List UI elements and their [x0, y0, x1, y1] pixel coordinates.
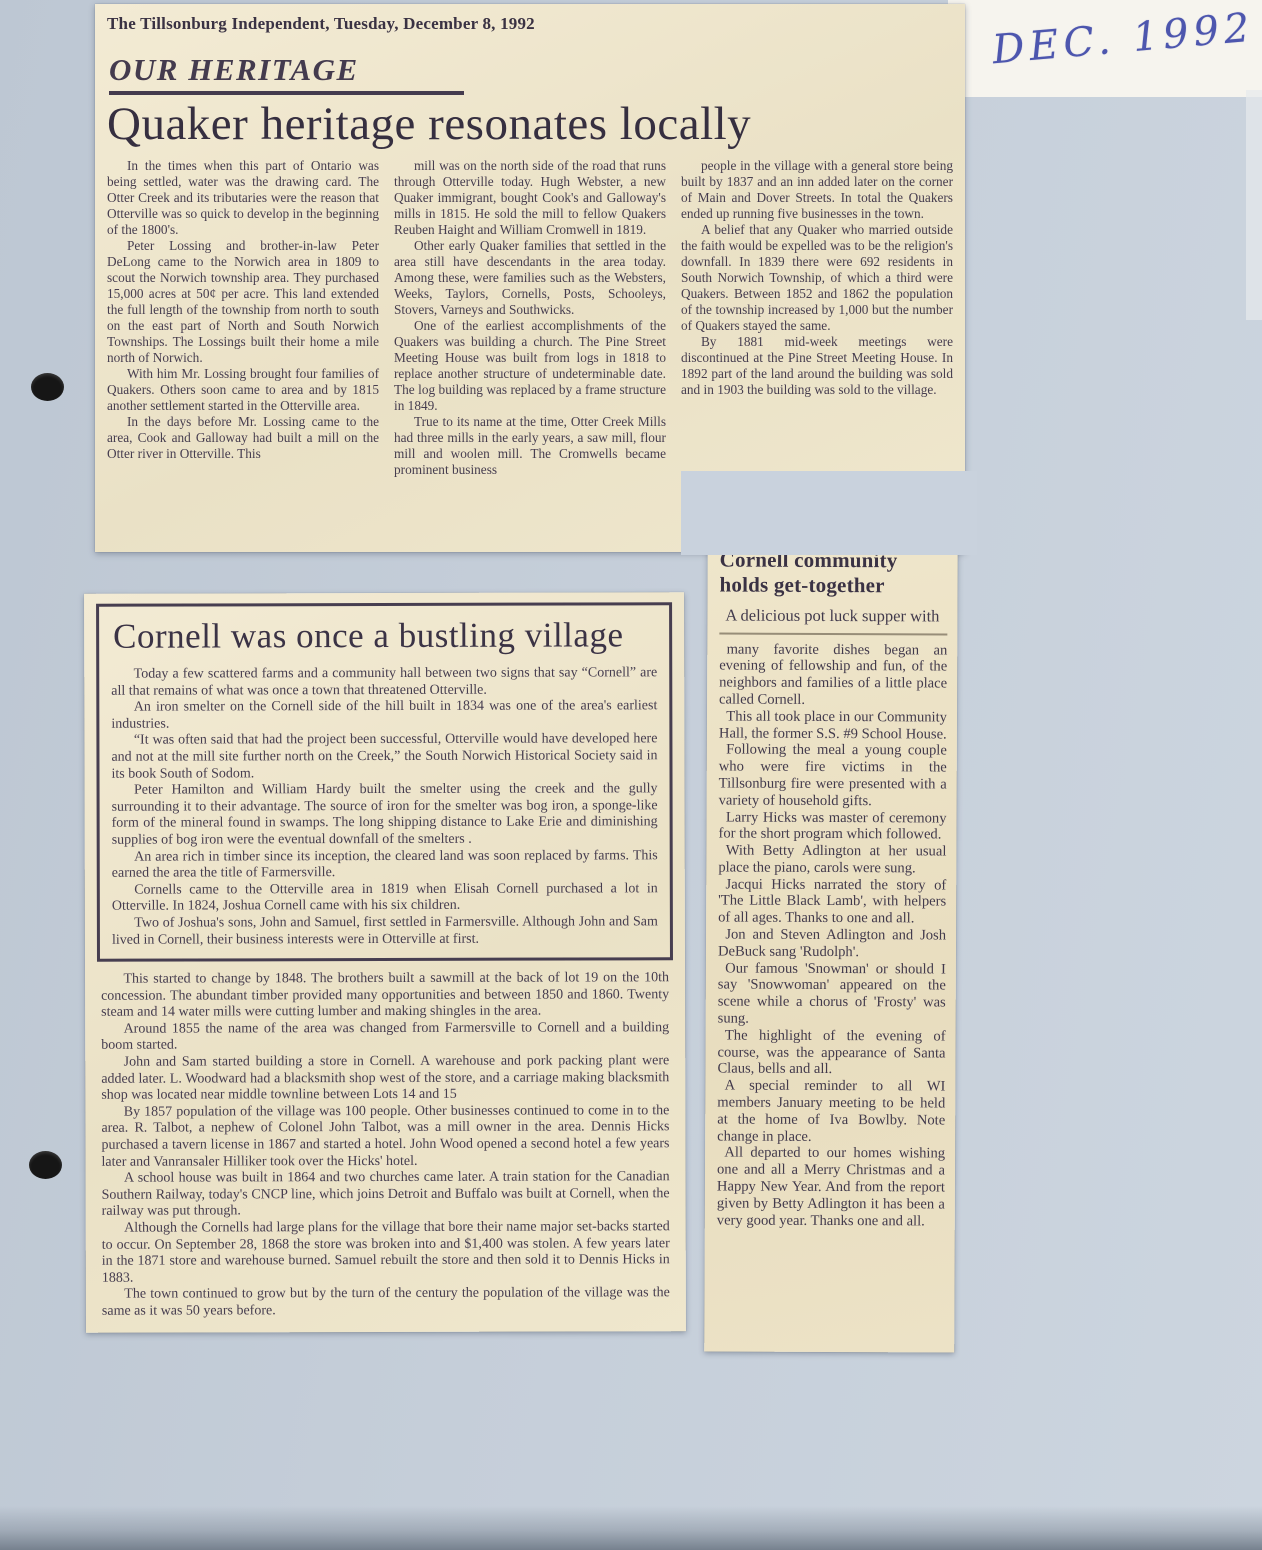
- paragraph: In the days before Mr. Lossing came to t…: [107, 414, 379, 462]
- paragraph: One of the earliest accomplishments of t…: [394, 318, 666, 414]
- paragraph: A belief that any Quaker who married out…: [681, 222, 953, 334]
- paragraph: With Betty Adlington at her usual place …: [718, 843, 946, 878]
- paragraph: Cornells came to the Otterville area in …: [112, 881, 658, 916]
- paragraph: Peter Hamilton and William Hardy built t…: [112, 781, 658, 849]
- hole-punch-bottom: [29, 1151, 62, 1179]
- paragraph: A school house was built in 1864 and two…: [102, 1169, 670, 1220]
- scan-bottom-edge: [0, 1506, 1262, 1550]
- article-column-1: In the times when this part of Ontario w…: [107, 158, 379, 478]
- paragraph: John and Sam started building a store in…: [101, 1053, 669, 1104]
- article-column-3: people in the village with a general sto…: [681, 158, 953, 478]
- community-article-headline: Cornell community holds get-together: [720, 548, 948, 599]
- scrapbook-page: The Tillsonburg Independent, Tuesday, De…: [0, 0, 1262, 1550]
- page-background-patch: [681, 471, 977, 555]
- page-edge-strip: [1246, 90, 1262, 320]
- paragraph: Although the Cornells had large plans fo…: [102, 1219, 670, 1287]
- boxed-article-section: Cornell was once a bustling village Toda…: [96, 602, 673, 962]
- paragraph: This started to change by 1848. The brot…: [101, 970, 669, 1021]
- paragraph: A special reminder to all WI members Jan…: [717, 1078, 945, 1146]
- paragraph: All departed to our homes wishing one an…: [717, 1145, 945, 1230]
- paragraph: Jon and Steven Adlington and Josh DeBuck…: [718, 927, 946, 962]
- newspaper-masthead: The Tillsonburg Independent, Tuesday, De…: [107, 14, 955, 34]
- paragraph: Two of Joshua's sons, John and Samuel, f…: [112, 914, 658, 949]
- community-article-body: many favorite dishes began an evening of…: [717, 641, 948, 1230]
- clipping-quaker-article: The Tillsonburg Independent, Tuesday, De…: [95, 4, 965, 552]
- community-article-subhead: A delicious pot luck supper with: [719, 605, 947, 635]
- paragraph: By 1857 population of the village was 10…: [101, 1103, 669, 1171]
- clipping-cornell-article: Cornell was once a bustling village Toda…: [84, 592, 686, 1332]
- article-columns: In the times when this part of Ontario w…: [105, 158, 955, 478]
- paragraph: “It was often said that had the project …: [111, 732, 657, 783]
- paragraph: Jacqui Hicks narrated the story of 'The …: [718, 876, 946, 927]
- paragraph: many favorite dishes began an evening of…: [719, 641, 947, 709]
- article-headline: Quaker heritage resonates locally: [107, 100, 955, 149]
- paragraph: mill was on the north side of the road t…: [394, 158, 666, 238]
- paragraph: By 1881 mid-week meetings were discontin…: [681, 334, 953, 398]
- paragraph: In the times when this part of Ontario w…: [107, 158, 379, 238]
- paragraph: An area rich in timber since its incepti…: [112, 848, 658, 883]
- clipping-community-article: Cornell community holds get-together A d…: [704, 537, 958, 1352]
- paragraph: This all took place in our Community Hal…: [719, 708, 947, 743]
- paragraph: people in the village with a general sto…: [681, 158, 953, 222]
- paragraph: Today a few scattered farms and a commun…: [111, 665, 657, 700]
- paragraph: Peter Lossing and brother-in-law Peter D…: [107, 238, 379, 366]
- article-column-2: mill was on the north side of the road t…: [394, 158, 666, 478]
- paragraph: Larry Hicks was master of ceremony for t…: [718, 809, 946, 844]
- paragraph: With him Mr. Lossing brought four famili…: [107, 366, 379, 414]
- paragraph: The highlight of the evening of course, …: [717, 1027, 945, 1078]
- paragraph: The town continued to grow but by the tu…: [102, 1286, 670, 1321]
- paragraph: Other early Quaker families that settled…: [394, 238, 666, 318]
- cornell-article-headline: Cornell was once a bustling village: [113, 615, 657, 656]
- paragraph: Our famous 'Snowman' or should I say 'Sn…: [718, 960, 946, 1028]
- paragraph: Around 1855 the name of the area was cha…: [101, 1020, 669, 1055]
- paragraph: True to its name at the time, Otter Cree…: [394, 414, 666, 478]
- section-heading-row: OUR HERITAGE: [105, 34, 955, 95]
- cornell-boxed-body: Today a few scattered farms and a commun…: [111, 665, 658, 949]
- section-heading: OUR HERITAGE: [109, 52, 464, 95]
- paragraph: Following the meal a young couple who we…: [719, 742, 947, 810]
- hole-punch-top: [31, 373, 64, 401]
- paragraph: An iron smelter on the Cornell side of t…: [111, 698, 657, 733]
- cornell-lower-body: This started to change by 1848. The brot…: [87, 970, 684, 1320]
